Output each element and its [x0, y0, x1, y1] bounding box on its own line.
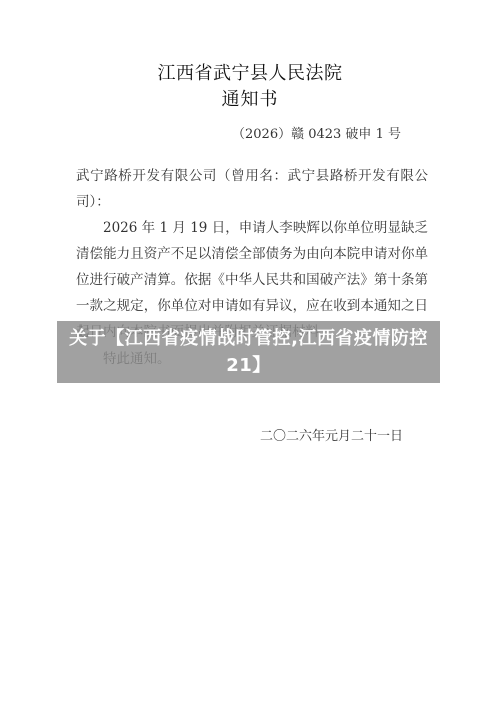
document-date: 二〇二六年元月二十一日: [260, 428, 403, 446]
document-title: 通知书: [0, 88, 500, 112]
banner-title: 关于【江西省疫情战时管控,江西省疫情防控21】: [57, 325, 440, 379]
addressee: 武宁路桥开发有限公司（曾用名：武宁县路桥开发有限公司）：: [76, 163, 428, 215]
document-body: 武宁路桥开发有限公司（曾用名：武宁县路桥开发有限公司）： 2026 年 1 月 …: [76, 163, 428, 345]
case-number: （2026）赣 0423 破申 1 号: [232, 126, 401, 144]
court-name: 江西省武宁县人民法院: [0, 62, 500, 86]
title-overlay-banner: 关于【江西省疫情战时管控,江西省疫情防控21】: [57, 321, 440, 383]
